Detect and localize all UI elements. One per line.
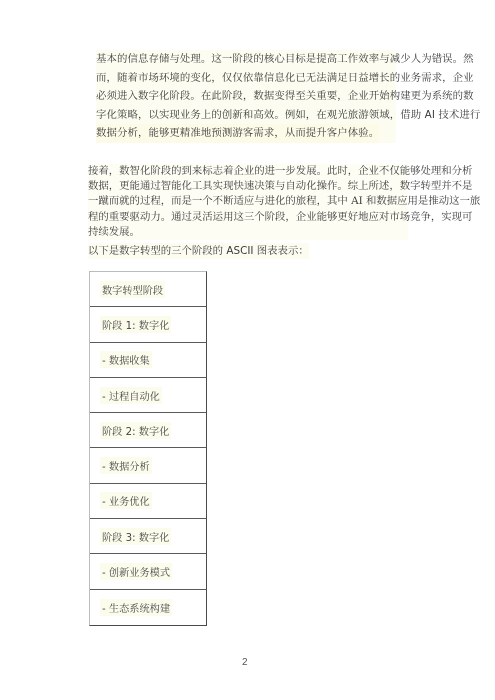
text-line: 基本的信息存储与处理。这一阶段的核心目标是提高工作效率与减少人为错误。然 (96, 50, 396, 69)
stage-label: 阶段 2: 数字化 (100, 422, 171, 439)
stage-item: - 创新业务模式 (100, 563, 172, 580)
diagram-title: 数字转型阶段 (100, 281, 165, 298)
text-line: 数据，更能通过智能化工具实现快速决策与自动化操作。综上所述，数字转型并不是 (88, 179, 408, 194)
text-line: 数据分析，能够更精准地预测游客需求，从而提升客户体验。 (96, 124, 379, 143)
diagram-row: - 过程自动化 (90, 378, 206, 413)
diagram-row: 阶段 1: 数字化 (90, 307, 206, 342)
diagram-row: - 创新业务模式 (90, 554, 206, 589)
diagram-row: 阶段 2: 数字化 (90, 413, 206, 448)
diagram-title-row: 数字转型阶段 (90, 272, 206, 307)
paragraph-digitalization: 基本的信息存储与处理。这一阶段的核心目标是提高工作效率与减少人为错误。然 而，随… (96, 50, 396, 143)
stage-label: 阶段 1: 数字化 (100, 316, 171, 333)
stages-diagram: 数字转型阶段 阶段 1: 数字化 - 数据收集 - 过程自动化 阶段 2: 数字… (89, 271, 207, 626)
text-line: 而，随着市场环境的变化，仅仅依靠信息化已无法满足日益增长的业务需求，企业 (96, 69, 396, 88)
stage-item: - 生态系统构建 (100, 599, 172, 616)
diagram-row: - 数据收集 (90, 343, 206, 378)
text-line: 必须进入数字化阶段。在此阶段，数据变得至关重要，企业开始构建更为系统的数 (96, 87, 396, 106)
text-line: 程的重要驱动力。通过灵活运用这三个阶段，企业能够更好地应对市场竞争，实现可 (88, 210, 408, 225)
text-line: 接着，数智化阶段的到来标志着企业的进一步发展。此时，企业不仅能够处理和分析 (88, 164, 408, 179)
document-page: 基本的信息存储与处理。这一阶段的核心目标是提高工作效率与减少人为错误。然 而，随… (0, 0, 495, 700)
diagram-row: - 业务优化 (90, 484, 206, 519)
text-line: 字化策略，以实现业务上的创新和高效。例如，在观光旅游领域，借助 AI 技术进行 (96, 106, 396, 125)
stage-item: - 过程自动化 (100, 387, 162, 404)
paragraph-intelligentization: 接着，数智化阶段的到来标志着企业的进一步发展。此时，企业不仅能够处理和分析 数据… (88, 164, 408, 240)
page-number: 2 (242, 657, 248, 668)
diagram-row: 阶段 3: 数字化 (90, 519, 206, 554)
text-line: 一蹴而就的过程，而是一个不断适应与进化的旅程，其中 AI 和数据应用是推动这一旅 (88, 194, 408, 209)
stage-label: 阶段 3: 数字化 (100, 528, 171, 545)
text-line: 持续发展。 (88, 225, 408, 240)
stage-item: - 业务优化 (100, 492, 152, 509)
diagram-row: - 数据分析 (90, 448, 206, 483)
stage-item: - 数据收集 (100, 351, 152, 368)
diagram-row: - 生态系统构建 (90, 590, 206, 625)
stage-item: - 数据分析 (100, 457, 152, 474)
diagram-intro: 以下是数字转型的三个阶段的 ASCII 图表表示： (88, 243, 309, 259)
